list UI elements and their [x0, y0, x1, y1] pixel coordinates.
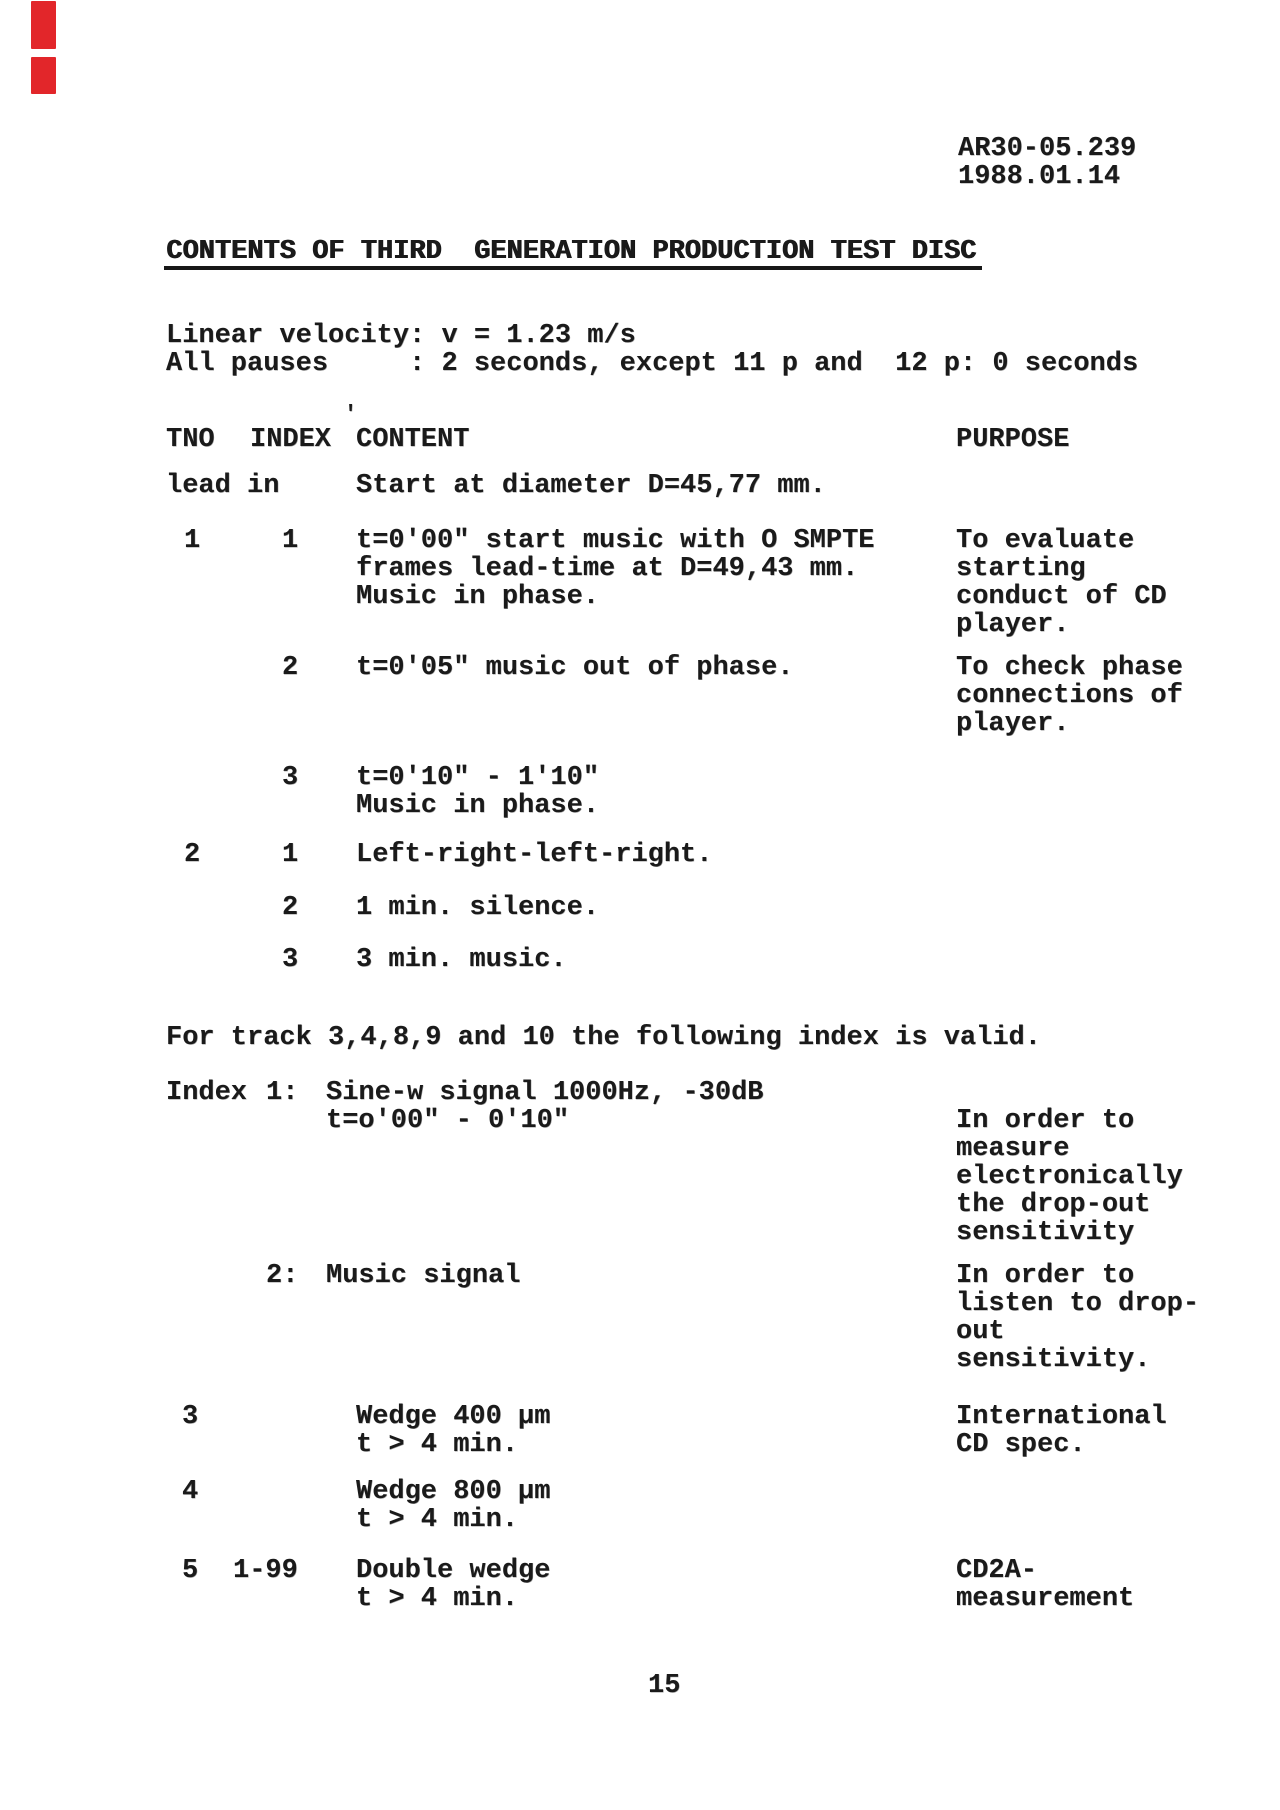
- intro-line-pauses: All pauses : 2 seconds, except 11 p and …: [166, 350, 1138, 378]
- intro-line-velocity: Linear velocity: v = 1.23 m/s: [166, 322, 636, 350]
- cell-tno: 4: [182, 1478, 198, 1506]
- red-margin-mark-bottom: [31, 57, 56, 94]
- index-label: Index: [166, 1079, 247, 1107]
- cell-content: 3 min. music.: [356, 946, 567, 974]
- cell-tno: 3: [182, 1403, 198, 1431]
- cell-purpose: To check phase connections of player.: [956, 654, 1183, 738]
- doc-date: 1988.01.14: [958, 163, 1120, 191]
- cell-purpose: International CD spec.: [956, 1403, 1167, 1459]
- index-item-num: 2:: [266, 1262, 298, 1290]
- index-item-purpose: In order to listen to drop- out sensitiv…: [956, 1262, 1199, 1374]
- cell-index: 2: [282, 654, 298, 682]
- stray-ink-mark: ': [344, 404, 357, 426]
- cell-content: Wedge 800 µm t > 4 min.: [356, 1478, 550, 1534]
- page-number: 15: [648, 1672, 680, 1700]
- cell-content: Double wedge t > 4 min.: [356, 1557, 550, 1613]
- index-item-num: 1:: [266, 1079, 298, 1107]
- note-line: For track 3,4,8,9 and 10 the following i…: [166, 1024, 1041, 1052]
- cell-purpose: CD2A- measurement: [956, 1557, 1134, 1613]
- table-header-index: INDEX: [250, 426, 331, 454]
- cell-index: 1: [282, 527, 298, 555]
- table-header-tno: TNO: [166, 426, 215, 454]
- cell-content: Left-right-left-right.: [356, 841, 712, 869]
- cell-content: Start at diameter D=45,77 mm.: [356, 472, 826, 500]
- cell-content: 1 min. silence.: [356, 894, 599, 922]
- doc-ref-number: AR30-05.239: [958, 135, 1136, 163]
- cell-content: t=0'05" music out of phase.: [356, 654, 793, 682]
- cell-content: Wedge 400 µm t > 4 min.: [356, 1403, 550, 1459]
- cell-index: 3: [282, 946, 298, 974]
- cell-tno: lead in: [166, 472, 279, 500]
- cell-content: t=0'00" start music with O SMPTE frames …: [356, 527, 874, 611]
- cell-tno: 5: [182, 1557, 198, 1585]
- cell-tno: 2: [184, 841, 200, 869]
- cell-content: t=0'10" - 1'10" Music in phase.: [356, 764, 599, 820]
- index-item-text: Music signal: [326, 1262, 520, 1290]
- table-header-content: CONTENT: [356, 426, 469, 454]
- page-title: CONTENTS OF THIRD GENERATION PRODUCTION …: [164, 239, 982, 270]
- cell-tno: 1: [184, 527, 200, 555]
- cell-index: 1: [282, 841, 298, 869]
- cell-index: 2: [282, 894, 298, 922]
- red-margin-mark-top: [31, 1, 56, 49]
- table-header-purpose: PURPOSE: [956, 426, 1069, 454]
- cell-index: 1-99: [233, 1557, 298, 1585]
- cell-index: 3: [282, 764, 298, 792]
- scanned-document-page: AR30-05.239 1988.01.14 CONTENTS OF THIRD…: [0, 0, 1280, 1810]
- index-item-text: Sine-w signal 1000Hz, -30dB t=o'00" - 0'…: [326, 1079, 763, 1135]
- cell-purpose: To evaluate starting conduct of CD playe…: [956, 527, 1167, 639]
- index-item-purpose: In order to measure electronically the d…: [956, 1079, 1183, 1247]
